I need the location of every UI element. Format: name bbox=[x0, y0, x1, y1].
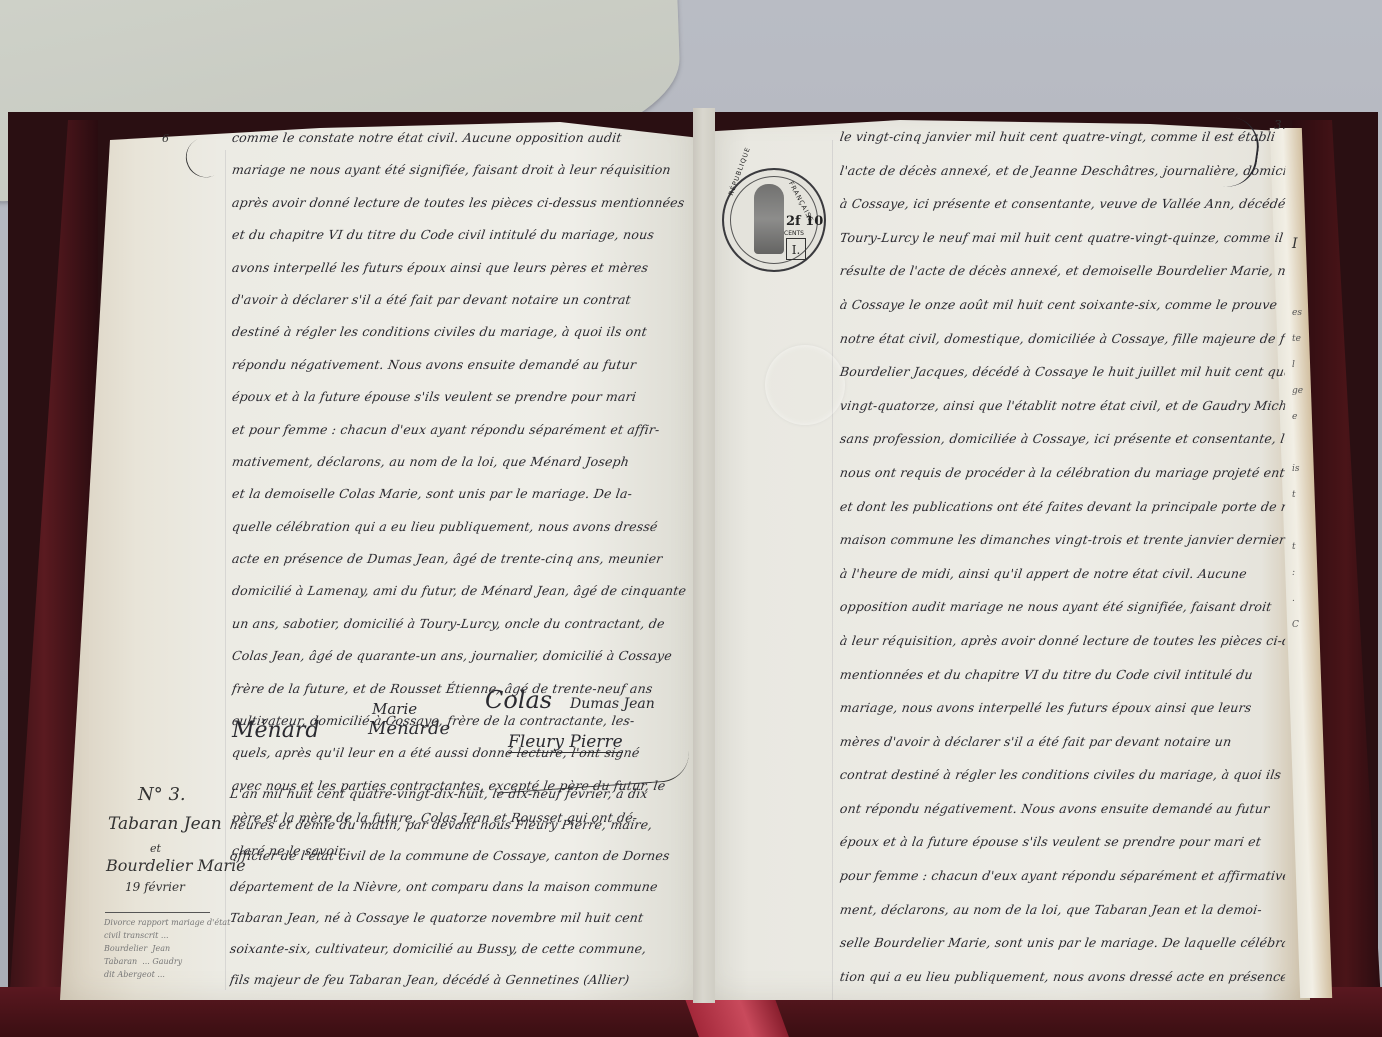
margin-divider bbox=[105, 912, 210, 913]
text-line: à leur réquisition, après avoir donné le… bbox=[838, 624, 1288, 658]
text-line: fils majeur de feu Tabaran Jean, décédé … bbox=[228, 964, 692, 995]
text-line: Tabaran Jean, né à Cossaye le quatorze n… bbox=[228, 902, 692, 933]
text-line: opposition audit mariage ne nous ayant é… bbox=[838, 590, 1288, 624]
text-line: contrat destiné à régler les conditions … bbox=[838, 758, 1288, 792]
text-line: pour femme : chacun d'eux ayant répondu … bbox=[838, 859, 1288, 893]
text-line: à Cossaye le onze août mil huit cent soi… bbox=[838, 288, 1288, 322]
text-line: comme le constate notre état civil. Aucu… bbox=[230, 122, 695, 154]
justice-figure-icon bbox=[754, 184, 784, 254]
text-line: mariage, nous avons interpellé les futur… bbox=[838, 691, 1288, 725]
text-line: tion qui a eu lieu publiquement, nous av… bbox=[838, 960, 1288, 994]
left-page-second-entry-text: L'an mil huit cent quatre-vingt-dix-huit… bbox=[230, 778, 690, 995]
text-line: Bourdelier Jacques, décédé à Cossaye le … bbox=[838, 355, 1288, 389]
margin-date: 19 février bbox=[125, 880, 185, 894]
margin-conjunction: et bbox=[150, 842, 161, 855]
text-line: selle Bourdelier Marie, sont unis par le… bbox=[838, 926, 1288, 960]
right-page-margin-rule bbox=[832, 140, 833, 1000]
text-line: ont répondu négativement. Nous avons ens… bbox=[838, 792, 1288, 826]
text-line: résulte de l'acte de décès annexé, et de… bbox=[838, 254, 1288, 288]
signature: Ménarde bbox=[368, 718, 450, 739]
stamp-label: CENTS bbox=[784, 230, 804, 237]
text-line: mariage ne nous ayant été signifiée, fai… bbox=[230, 154, 695, 186]
text-line: vingt-quatorze, ainsi que l'établit notr… bbox=[838, 389, 1288, 423]
text-line: notre état civil, domestique, domiciliée… bbox=[838, 322, 1288, 356]
text-line: époux et à la future épouse s'ils veulen… bbox=[838, 825, 1288, 859]
text-line: avons interpellé les futurs époux ainsi … bbox=[230, 252, 695, 284]
pencil-annotation: Divorce rapport mariage d'état civil tra… bbox=[104, 916, 230, 981]
text-line: destiné à régler les conditions civiles … bbox=[230, 316, 695, 348]
text-line: et la demoiselle Colas Marie, sont unis … bbox=[230, 478, 695, 510]
text-line: répondu négativement. Nous avons ensuite… bbox=[230, 349, 695, 381]
text-line: et dont les publications ont été faites … bbox=[838, 490, 1288, 524]
corner-mark: I bbox=[1292, 236, 1298, 252]
signature: Colas bbox=[485, 686, 552, 714]
margin-groom-name: Tabaran Jean bbox=[108, 814, 222, 834]
text-line: maison commune les dimanches vingt-trois… bbox=[838, 523, 1288, 557]
text-line: mentionnées et du chapitre VI du titre d… bbox=[838, 658, 1288, 692]
signature: Fleury Pierre bbox=[508, 732, 623, 753]
left-page-number: 6 bbox=[162, 132, 169, 145]
signature: Dumas Jean bbox=[570, 696, 655, 712]
text-line: nous ont requis de procéder à la célébra… bbox=[838, 456, 1288, 490]
text-line: à l'heure de midi, ainsi qu'il appert de… bbox=[838, 557, 1288, 591]
underlying-page-edge-text: es te l ge e is t t : . C bbox=[1292, 300, 1303, 638]
text-line: un ans, sabotier, domicilié à Toury-Lurc… bbox=[230, 608, 695, 640]
stamp-box: I. bbox=[786, 238, 806, 260]
text-line: le vingt-cinq janvier mil huit cent quat… bbox=[838, 120, 1288, 154]
text-line: Colas Jean, âgé de quarante-un ans, jour… bbox=[230, 640, 695, 672]
text-line: acte en présence de Dumas Jean, âgé de t… bbox=[230, 543, 695, 575]
text-line: soixante-six, cultivateur, domicilié au … bbox=[228, 933, 692, 964]
text-line: à Cossaye, ici présente et consentante, … bbox=[838, 187, 1288, 221]
text-line: mères d'avoir à déclarer s'il a été fait… bbox=[838, 725, 1288, 759]
text-line: époux et à la future épouse s'ils veulen… bbox=[230, 381, 695, 413]
text-line: et pour femme : chacun d'eux ayant répon… bbox=[230, 414, 695, 446]
text-line: et du chapitre VI du titre du Code civil… bbox=[230, 219, 695, 251]
text-line: quelle célébration qui a eu lieu publiqu… bbox=[230, 511, 695, 543]
stamp-value: 2f 10 bbox=[786, 214, 823, 229]
text-line: d'avoir à déclarer s'il a été fait par d… bbox=[230, 284, 695, 316]
signature: Ménard bbox=[232, 718, 319, 743]
margin-bride-name: Bourdelier Marie bbox=[106, 856, 246, 875]
text-line: L'an mil huit cent quatre-vingt-dix-huit… bbox=[228, 778, 692, 809]
text-line: sans profession, domiciliée à Cossaye, i… bbox=[838, 422, 1288, 456]
right-page-entry-text: le vingt-cinq janvier mil huit cent quat… bbox=[840, 120, 1285, 993]
entry-number: N° 3. bbox=[138, 784, 186, 805]
text-line: officier de l'état civil de la commune d… bbox=[228, 840, 692, 871]
signature: Marie bbox=[372, 700, 417, 718]
book-gutter bbox=[693, 108, 715, 1003]
text-line: département de la Nièvre, ont comparu da… bbox=[228, 871, 692, 902]
text-line: Toury-Lurcy le neuf mai mil huit cent qu… bbox=[838, 221, 1288, 255]
tax-stamp: RÉPUBLIQUE FRANÇAISE 2f 10 CENTS I. bbox=[722, 168, 826, 272]
text-line: l'acte de décès annexé, et de Jeanne Des… bbox=[838, 154, 1288, 188]
text-line: domicilié à Lamenay, ami du futur, de Mé… bbox=[230, 575, 695, 607]
text-line: mativement, déclarons, au nom de la loi,… bbox=[230, 446, 695, 478]
text-line: ment, déclarons, au nom de la loi, que T… bbox=[838, 893, 1288, 927]
embossed-seal bbox=[765, 345, 845, 425]
text-line: après avoir donné lecture de toutes les … bbox=[230, 187, 695, 219]
text-line: heures et demie du matin, par devant nou… bbox=[228, 809, 692, 840]
